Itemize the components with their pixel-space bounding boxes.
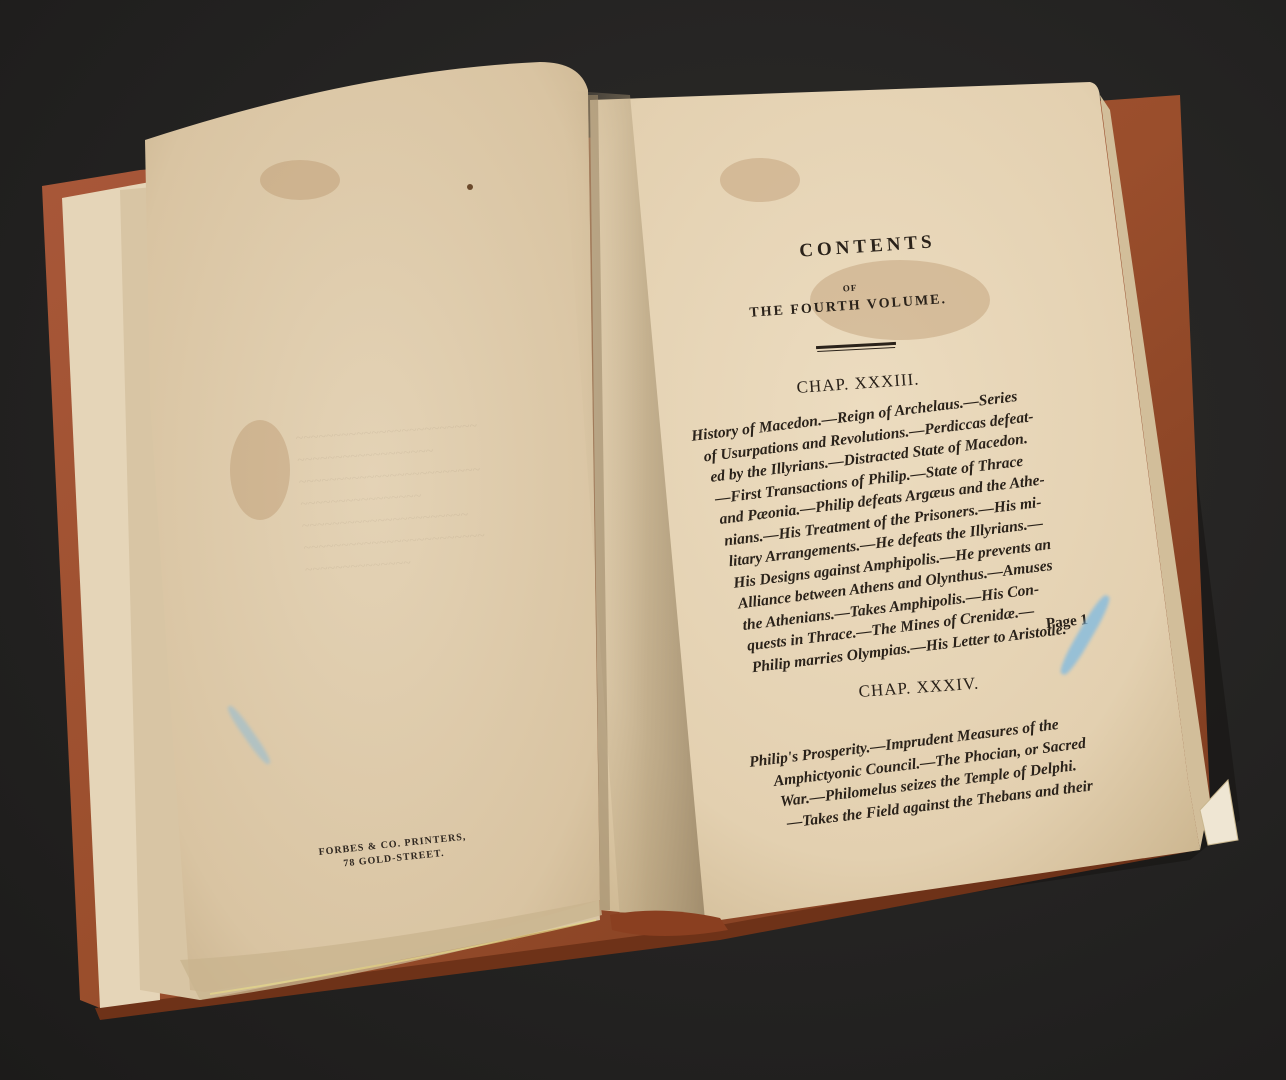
chapter-summary-xxxiii: History of Macedon.—Reign of Archelaus.—… [690,375,1138,682]
